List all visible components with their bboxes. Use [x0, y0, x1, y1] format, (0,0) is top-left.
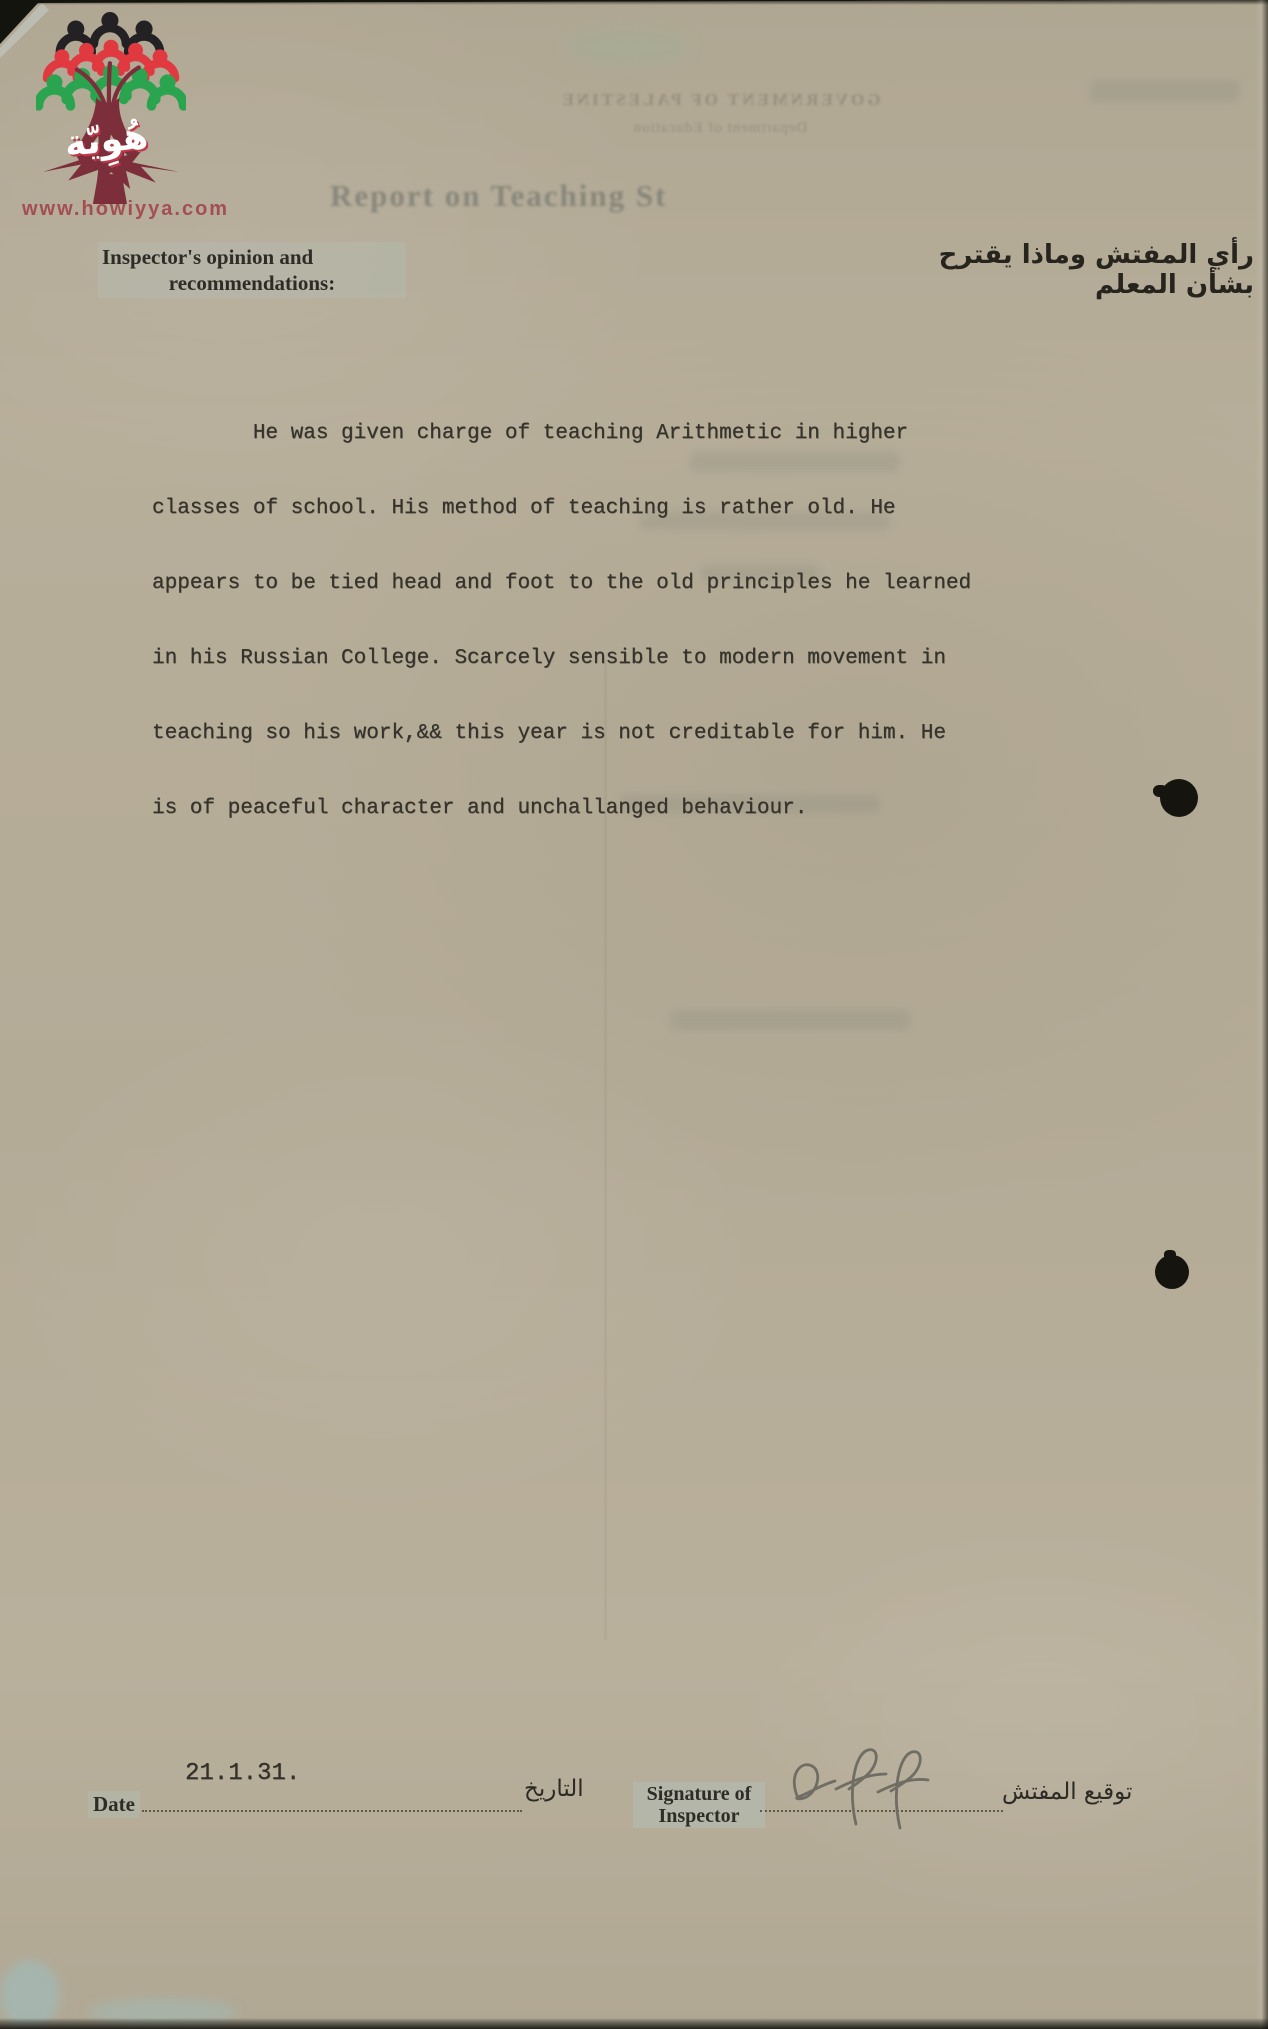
scan-edge-right	[1256, 0, 1268, 2029]
inspector-opinion-label: Inspector's opinion and recommendations:	[98, 242, 406, 298]
bleedthrough-government-text: GOVERNMENT OF PALESTINE	[545, 90, 895, 110]
bleedthrough-department-text: Department of Education	[575, 120, 865, 137]
hole-punch-bottom	[1155, 1255, 1189, 1289]
report-line: classes of school. His method of teachin…	[152, 496, 971, 521]
signature-of-inspector-label: Signature of Inspector	[633, 1782, 765, 1828]
report-line: appears to be tied head and foot to the …	[152, 571, 971, 596]
date-dotted-line	[142, 1790, 522, 1812]
report-line: in his Russian College. Scarcely sensibl…	[152, 646, 971, 671]
inspector-opinion-label-line2: recommendations:	[102, 270, 402, 296]
date-label: Date	[88, 1791, 140, 1818]
report-body: He was given charge of teaching Arithmet…	[152, 371, 971, 871]
bleedthrough-report-title: Report on Teaching St	[330, 178, 667, 214]
inspector-signature	[768, 1736, 978, 1836]
report-line: He was given charge of teaching Arithmet…	[152, 421, 971, 446]
inspector-opinion-label-line1: Inspector's opinion and	[102, 244, 402, 270]
signature-label-line1: Signature of	[635, 1783, 763, 1805]
bleedthrough-smudge	[670, 1010, 910, 1030]
paper-crease	[604, 660, 607, 1640]
hole-punch-top	[1160, 779, 1198, 817]
howiyya-url: www.howiyya.com	[22, 198, 282, 221]
scan-edge-bottom	[0, 2018, 1268, 2029]
scanned-document: GOVERNMENT OF PALESTINE Department of Ed…	[0, 0, 1268, 2029]
scan-edge-top	[30, 0, 1268, 5]
report-line: is of peaceful character and unchallange…	[152, 796, 971, 821]
signature-label-arabic: توقيع المفتش	[1002, 1779, 1132, 1805]
paper-sheet: GOVERNMENT OF PALESTINE Department of Ed…	[0, 0, 1268, 2029]
bleedthrough-smudge	[1090, 80, 1240, 102]
signature-label-line2: Inspector	[635, 1805, 763, 1827]
scan-discoloration	[565, 26, 690, 66]
inspector-opinion-label-arabic: رأي المفتش وماذا يقترح بشأن المعلم	[874, 240, 1254, 300]
date-label-arabic: التاريخ	[524, 1776, 584, 1802]
date-value: 21.1.31.	[185, 1760, 300, 1787]
report-line: teaching so his work,&& this year is not…	[152, 721, 971, 746]
howiyya-logo-icon: هُوِيّة هُوِيّة	[36, 12, 186, 204]
